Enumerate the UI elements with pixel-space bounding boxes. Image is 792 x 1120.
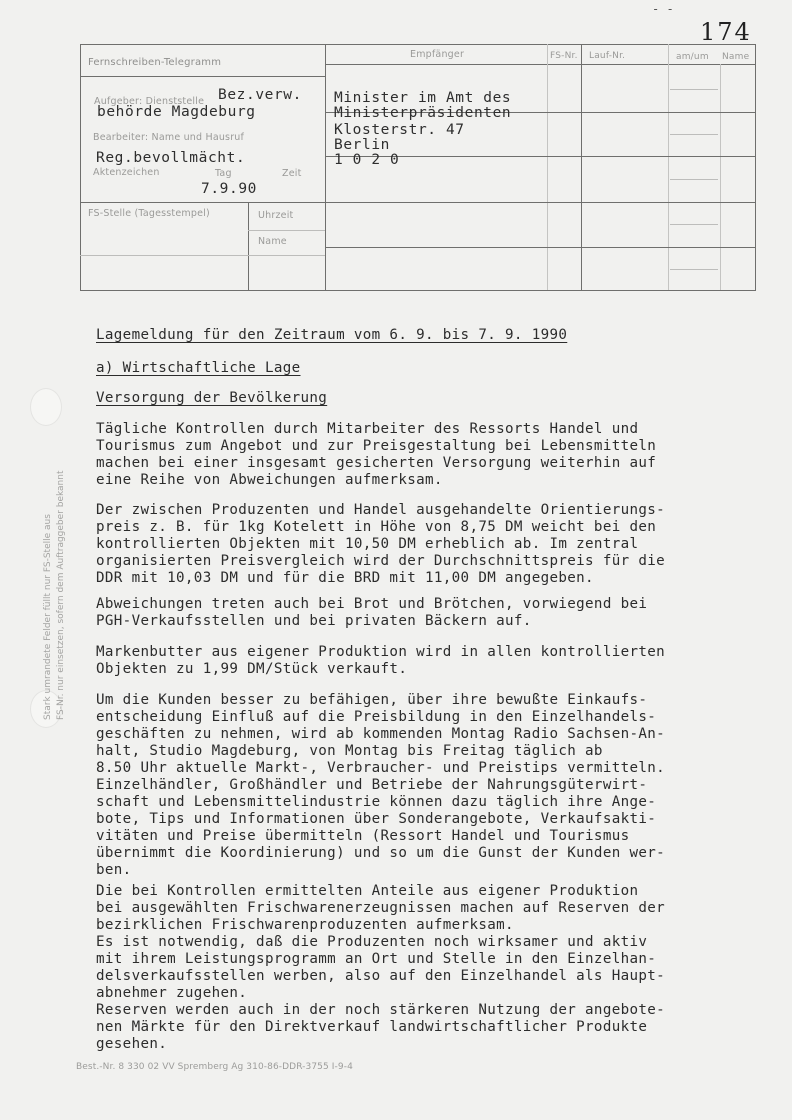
recipient-header: Empfänger: [410, 49, 464, 60]
margin-note-line2: FS-Nr. nur einsetzen, sofern dem Auftrag…: [55, 471, 68, 721]
section-heading: a) Wirtschaftliche Lage: [96, 360, 726, 377]
document-title: Lagemeldung für den Zeitraum vom 6. 9. b…: [96, 327, 726, 344]
recipient-postcode[interactable]: 1 0 2 0: [334, 152, 399, 168]
processor-value[interactable]: Reg.bevollmächt.: [96, 150, 245, 166]
punch-hole-top: [30, 388, 62, 426]
recipient-line-1[interactable]: Minister im Amt des: [334, 90, 511, 106]
form-order-number: Best.-Nr. 8 330 02 VV Spremberg Ag 310-8…: [76, 1062, 353, 1072]
paragraph-4: Markenbutter aus eigener Produktion wird…: [96, 644, 726, 678]
paragraph-5: Um die Kunden besser zu befähigen, über …: [96, 692, 726, 879]
name-header: Name: [722, 52, 749, 62]
name-label: Name: [258, 236, 287, 247]
page-mark: - -: [652, 2, 674, 16]
file-ref-label: Aktenzeichen: [93, 167, 160, 178]
paragraph-2: Der zwischen Produzenten und Handel ausg…: [96, 502, 726, 587]
sender-value-line2[interactable]: behörde Magdeburg: [97, 104, 256, 120]
form-title: Fernschreiben-Telegramm: [88, 57, 221, 68]
recipient-line-2[interactable]: Ministerpräsidenten: [334, 105, 511, 121]
time-label: Zeit: [282, 168, 302, 179]
date-value[interactable]: 7.9.90: [201, 181, 257, 197]
day-label: Tag: [215, 168, 232, 179]
fs-office-label: FS-Stelle (Tagesstempel): [88, 208, 210, 219]
paragraph-3: Abweichungen treten auch bei Brot und Br…: [96, 596, 726, 630]
paragraph-6: Die bei Kontrollen ermittelten Anteile a…: [96, 883, 726, 1053]
recipient-line-4[interactable]: Berlin: [334, 137, 390, 153]
sender-value-line1[interactable]: Bez.verw.: [218, 87, 302, 103]
recipient-line-3[interactable]: Klosterstr. 47: [334, 122, 465, 138]
lauf-nr-header: Lauf-Nr.: [589, 51, 625, 61]
am-um-header: am/um: [676, 52, 709, 62]
paragraph-1: Tägliche Kontrollen durch Mitarbeiter de…: [96, 421, 726, 489]
processor-label: Bearbeiter: Name und Hausruf: [93, 132, 244, 143]
margin-note-line1: Stark umrandete Felder füllt nur FS-Stel…: [42, 471, 55, 721]
fs-nr-header: FS-Nr.: [550, 51, 578, 61]
subsection-heading: Versorgung der Bevölkerung: [96, 390, 726, 407]
page-number: 174: [700, 18, 752, 46]
margin-instructions: Stark umrandete Felder füllt nur FS-Stel…: [42, 471, 68, 721]
clock-time-label: Uhrzeit: [258, 210, 293, 221]
